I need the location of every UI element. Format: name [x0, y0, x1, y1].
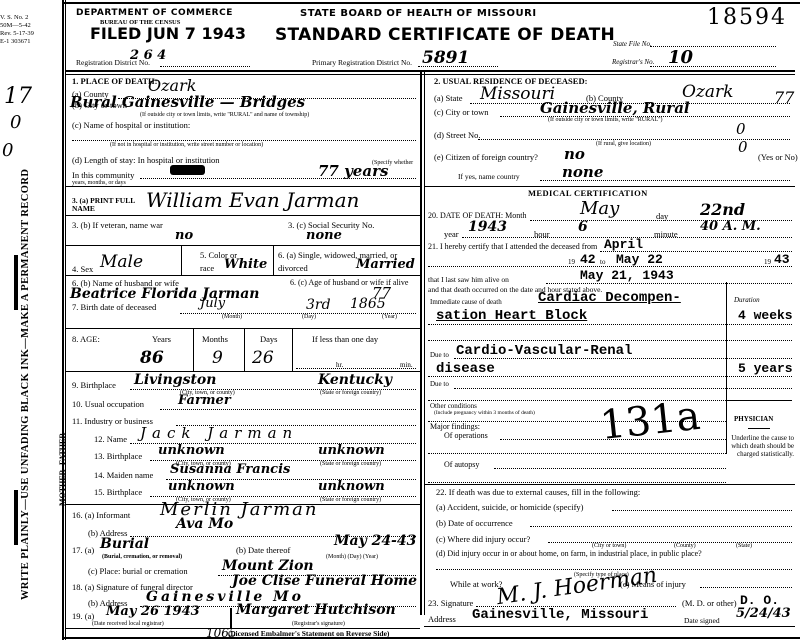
- top-border: [62, 2, 800, 4]
- margin-note-0b: 0: [2, 140, 13, 161]
- physician-address-value: Gainesville, Missouri: [472, 607, 648, 623]
- death-year-label: year: [444, 229, 459, 239]
- age-col-divider: [244, 328, 245, 371]
- father-name-label: 12. Name: [94, 434, 127, 444]
- external-causes-label: 22. If death was due to external causes,…: [436, 487, 640, 497]
- form-id-line: V. S. No. 2: [0, 14, 34, 22]
- father-unit-state: (State or foreign country): [320, 461, 381, 467]
- city-note: (If outside city or town limits, write "…: [140, 112, 309, 118]
- primary-registration-field: [418, 66, 498, 67]
- attended-19-b: 19: [764, 258, 771, 266]
- physician-rule: [748, 428, 770, 429]
- signature-label: 23. Signature: [428, 598, 473, 608]
- filed-stamp: FILED JUN 7 1943: [90, 24, 246, 43]
- age-less-day: If less than one day: [312, 334, 378, 344]
- birthplace-label: 9. Birthplace: [72, 380, 116, 390]
- veteran-value: no: [175, 228, 193, 243]
- immediate-cause-2: sation Heart Block: [436, 308, 587, 324]
- birthplace-unit-state: (State or foreign country): [320, 390, 381, 396]
- operations-field: [500, 439, 726, 440]
- city-value: Rural Gainesville — Bridges: [70, 93, 305, 111]
- res-city-label: (c) City or town: [434, 107, 489, 117]
- autopsy-label: Of autopsy: [444, 460, 479, 469]
- age-years-label: Years: [152, 334, 171, 344]
- due-to-2: disease: [436, 361, 495, 377]
- spouse-value: Beatrice Florida Jarman: [70, 286, 259, 302]
- age-col-divider: [292, 328, 293, 371]
- stay-community-field: [140, 178, 416, 179]
- last-saw-value: May 21, 1943: [580, 268, 674, 283]
- stay-redaction: [170, 165, 205, 175]
- death-minute: 40 A. M.: [700, 219, 761, 234]
- full-name-label: 3. (a) PRINT FULL NAME: [72, 197, 142, 213]
- duration-label: Duration: [734, 296, 760, 304]
- age-less-field: [296, 368, 416, 369]
- full-name-value: William Evan Jarman: [146, 188, 359, 212]
- form-id-line: E-1 303671: [0, 38, 34, 46]
- department-label: DEPARTMENT OF COMMERCE: [76, 8, 233, 18]
- informant-address-value: Ava Mo: [176, 516, 233, 532]
- father-birthplace-city: unknown: [158, 443, 225, 458]
- age-col-divider: [193, 328, 194, 371]
- header-divider-2: [65, 74, 795, 75]
- due-to-field: [454, 358, 792, 359]
- means-field: [700, 587, 792, 588]
- age-days-value: 26: [252, 348, 274, 368]
- due-to-1: Cardio-Vascular-Renal: [456, 343, 632, 359]
- registration-district-field: [160, 66, 250, 67]
- last-saw-field: [546, 283, 792, 284]
- hospital-label: (c) Name of hospital or institution:: [72, 120, 190, 130]
- birthplace-state: Kentucky: [318, 372, 392, 388]
- spouse-age-label: 6. (c) Age of husband or wife if alive: [290, 278, 425, 288]
- res-street-label: (d) Street No.: [434, 130, 481, 140]
- divider: [65, 215, 420, 216]
- due-to-field-2: [428, 376, 792, 377]
- informant-label: 16. (a) Informant: [72, 510, 130, 520]
- board-label: STATE BOARD OF HEALTH OF MISSOURI: [300, 8, 537, 19]
- res-street-note: (If rural, give location): [596, 141, 651, 147]
- citizen-label: (e) Citizen of foreign country?: [434, 152, 538, 162]
- primary-registration-label: Primary Registration District No.: [312, 58, 412, 67]
- section-divider: [65, 186, 420, 187]
- burial-place-value: Mount Zion: [222, 558, 314, 574]
- medical-heading: MEDICAL CERTIFICATION: [528, 188, 648, 198]
- birth-year: 1865: [350, 296, 386, 312]
- divider: [65, 245, 420, 246]
- outer-border-left: [62, 0, 64, 640]
- father-name-value: Jack Jarman: [140, 424, 298, 442]
- birth-day: 3rd: [306, 297, 331, 313]
- occupation-label: 10. Usual occupation: [72, 399, 144, 409]
- burial-place-label: (c) Place: burial or cremation: [88, 566, 188, 576]
- mother-tag: MOTHER: [58, 470, 67, 506]
- divider: [65, 275, 420, 276]
- margin-redaction-bar: [14, 255, 18, 310]
- burial-date-label: (b) Date thereof: [236, 545, 290, 555]
- country-field: [540, 180, 790, 181]
- certificate-title: STANDARD CERTIFICATE OF DEATH: [275, 25, 615, 45]
- res-margin-0b: 0: [738, 138, 748, 156]
- place-of-death-heading: 1. PLACE OF DEATH:: [72, 76, 157, 86]
- disposition-value: Burial: [100, 536, 149, 552]
- age-months-value: 9: [212, 348, 223, 368]
- res-margin-0a: 0: [736, 120, 746, 138]
- death-year: 1943: [468, 219, 507, 235]
- attended-to-year: 43: [774, 252, 790, 267]
- attended-to: May 22: [616, 252, 663, 267]
- received-note: (Date received local registrar): [92, 621, 164, 627]
- divider: [65, 328, 420, 329]
- date-signed-label: Date signed: [684, 616, 720, 625]
- mother-birthplace-label: 15. Birthplace: [94, 487, 142, 497]
- certificate-number: 18594: [707, 5, 787, 30]
- res-city-note: (If outside city or town limits, write "…: [548, 117, 663, 123]
- physician-heading: PHYSICIAN: [734, 415, 773, 423]
- last-saw-label: that I last saw him alive on: [428, 275, 509, 284]
- attended-from: April: [604, 237, 643, 252]
- due-to-2-field: [454, 388, 792, 389]
- physician-divider: [726, 400, 792, 401]
- stay-label: (d) Length of stay: In hospital or insti…: [72, 155, 220, 165]
- registrar-label: Registrar's No.: [612, 58, 654, 66]
- where-label: (c) Where did injury occur?: [436, 534, 530, 544]
- registration-district-label: Registration District No.: [76, 58, 150, 67]
- due-to-duration: 5 years: [738, 361, 793, 376]
- due-to-label: Due to: [430, 351, 449, 359]
- sex-value: Male: [100, 252, 143, 272]
- bottom-border: [62, 637, 800, 639]
- race-value: White: [224, 257, 267, 272]
- age-years-value: 86: [140, 348, 164, 368]
- birth-month: July: [200, 296, 225, 311]
- hospital-field: [72, 140, 416, 141]
- autopsy-field-2: [428, 482, 726, 483]
- hospital-note: (If not in hospital or institution, writ…: [110, 142, 263, 148]
- duration-col-divider: [726, 282, 727, 454]
- burial-date-units: (Month) (Day) (Year): [326, 554, 378, 560]
- physician-address-label: Address: [428, 614, 456, 624]
- res-margin-77: 77: [774, 88, 794, 107]
- birth-unit-day: (Day): [302, 314, 316, 320]
- form-id-line: 50M—5-42: [0, 22, 34, 30]
- marital-value: Married: [356, 257, 415, 272]
- occurrence-field: [530, 526, 792, 527]
- father-tag: FATHER: [58, 433, 67, 465]
- death-month: May: [580, 198, 619, 219]
- immediate-cause-1: Cardiac Decompen-: [538, 290, 681, 306]
- autopsy-field: [494, 468, 726, 469]
- injury-place-label: (d) Did injury occur in or about home, o…: [436, 549, 702, 558]
- registrar-field: [650, 66, 776, 67]
- funeral-director-value: Joe Clise Funeral Home: [232, 573, 417, 589]
- disposition-note: (Burial, cremation, or removal): [102, 554, 182, 560]
- age-months-label: Months: [202, 334, 228, 344]
- mother-maiden-value: Susanna Francis: [170, 462, 290, 477]
- physician-note: Underline the cause to which death shoul…: [728, 434, 794, 458]
- birth-unit-month: (Month): [222, 314, 242, 320]
- divider-v: [181, 245, 182, 275]
- received-label: 19. (a): [72, 611, 94, 621]
- attended-line2: [428, 266, 792, 267]
- accident-label: (a) Accident, suicide, or homicide (spec…: [436, 502, 584, 512]
- citizen-value: no: [564, 145, 585, 163]
- death-day: 22nd: [700, 200, 745, 219]
- res-state-label: (a) State: [434, 93, 463, 103]
- stay-community-label: In this community: [72, 170, 134, 180]
- margin-note-17: 17: [4, 84, 32, 109]
- where-field: [548, 542, 792, 543]
- section-divider-right: [424, 186, 795, 187]
- margin-redaction-bar: [14, 490, 18, 545]
- due-to-2-label: Due to: [430, 380, 449, 388]
- local-registrar-note: (Registrar's signature): [292, 621, 345, 627]
- mother-birthplace-city: unknown: [168, 479, 235, 494]
- birth-label: 7. Birth date of deceased: [72, 302, 156, 312]
- attended-label: 21. I hereby certify that I attended the…: [428, 242, 597, 251]
- immediate-field-2: [428, 340, 792, 341]
- attended-to-label: to: [600, 258, 605, 266]
- occurrence-label: (b) Date of occurrence: [436, 518, 513, 528]
- column-divider-2: [424, 72, 425, 615]
- burial-date-value: May 24-43: [334, 533, 416, 549]
- citizen-note: (Yes or No): [758, 152, 798, 162]
- received-divider: [230, 608, 232, 628]
- res-city-value: Gainesville, Rural: [540, 99, 690, 117]
- birthplace-city: Livingston: [134, 372, 216, 388]
- birth-field: [180, 313, 416, 314]
- father-birthplace-state: unknown: [318, 443, 385, 458]
- immediate-duration: 4 weeks: [738, 308, 793, 323]
- embalmer-note: (Licensed Embalmer's Statement on Revers…: [228, 629, 389, 638]
- attended-19-a: 19: [568, 258, 575, 266]
- mother-maiden-label: 14. Maiden name: [94, 470, 153, 480]
- mother-birthplace-state: unknown: [318, 479, 385, 494]
- occupation-field: [160, 409, 416, 410]
- divider-v: [273, 245, 274, 275]
- primary-registration-value: 5891: [422, 48, 469, 68]
- external-divider: [424, 484, 795, 485]
- immediate-field: [428, 324, 792, 325]
- form-id-line: Rev. 5-17-39: [0, 30, 34, 38]
- country-value: none: [562, 163, 603, 181]
- occupation-value: Farmer: [178, 393, 231, 408]
- operations-label: Of operations: [444, 431, 488, 440]
- date-signed-value: 5/24/43: [736, 606, 791, 621]
- major-findings-label: Major findings:: [430, 422, 480, 431]
- other-conditions-note: (Include pregnancy within 3 months of de…: [434, 410, 535, 416]
- local-registrar-signature: Margaret Hutchison: [236, 602, 396, 618]
- registrar-value: 10: [668, 47, 693, 68]
- birth-unit-year: (Year): [382, 314, 397, 320]
- disposition-label: 17. (a): [72, 545, 94, 555]
- immediate-cause-label: Immediate cause of death: [430, 298, 502, 306]
- instruction-side-text: WRITE PLAINLY—USE UNFADING BLACK INK—MAK…: [20, 169, 31, 600]
- attended-from-year: 42: [580, 252, 596, 267]
- age-days-label: Days: [260, 334, 277, 344]
- column-divider: [420, 72, 422, 615]
- degree-label: (M. D. or other): [682, 598, 737, 608]
- death-hour: 6: [578, 219, 588, 235]
- country-label: If yes, name country: [458, 172, 520, 181]
- accident-field: [612, 510, 792, 511]
- state-file-label: State File No.: [613, 40, 652, 48]
- other-conditions-label: Other conditions: [430, 402, 477, 410]
- ss-value: none: [306, 228, 342, 243]
- where-unit-state: (State): [736, 543, 752, 549]
- operations-field-2: [428, 453, 726, 454]
- form-id-block: V. S. No. 2 50M—5-42 Rev. 5-17-39 E-1 30…: [0, 14, 34, 46]
- father-birthplace-label: 13. Birthplace: [94, 451, 142, 461]
- mother-unit-state: (State or foreign country): [320, 497, 381, 503]
- received-value: May 26 1943: [106, 604, 200, 619]
- outer-border-left-inner: [65, 0, 66, 640]
- age-label: 8. AGE:: [72, 334, 100, 344]
- sex-label: 4. Sex: [72, 264, 93, 274]
- margin-note-0a: 0: [10, 112, 21, 133]
- header-divider: [65, 70, 795, 72]
- divider: [424, 626, 795, 627]
